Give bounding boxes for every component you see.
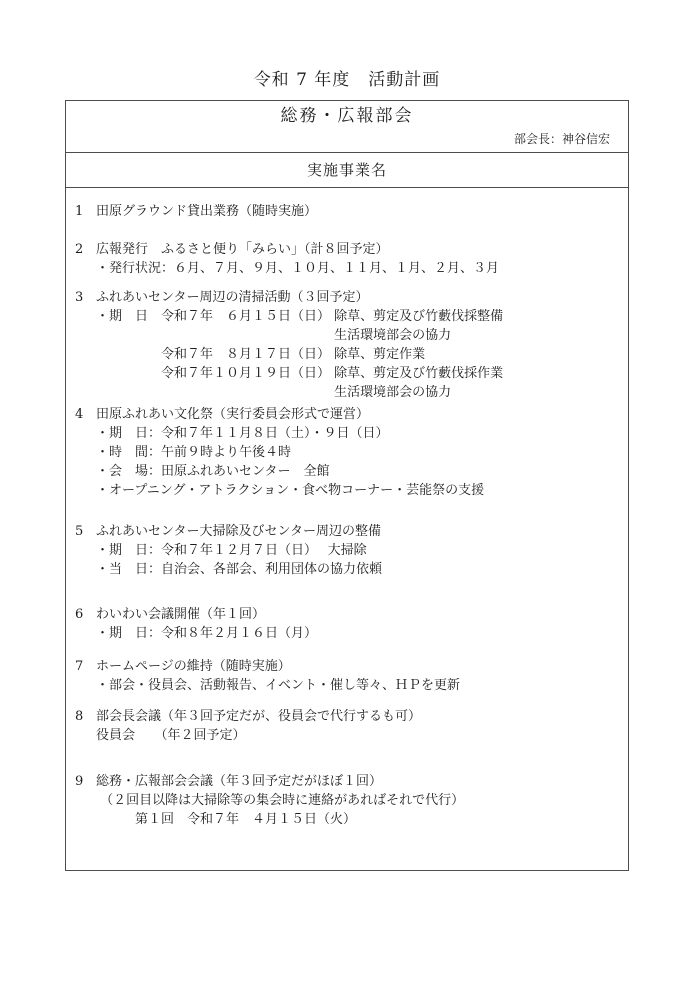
item-line: ・会 場：田原ふれあいセンター 全館 [96, 462, 628, 481]
item-line: ・期 日 令和７年 ６月１５日（日） 除草、剪定及び竹藪伐採整備 [96, 307, 628, 326]
item-lines: 部会長会議（年３回予定だが、役員会で代行するも可）役員会 （年２回予定） [96, 707, 628, 745]
item-lines: わいわい会議開催（年１回）・期 日：令和８年２月１６日（月） [96, 605, 628, 643]
list-item: 5ふれあいセンター大掃除及びセンター周辺の整備・期 日：令和７年１２月７日（日）… [66, 522, 628, 579]
item-line: 役員会 （年２回予定） [96, 726, 628, 745]
item-number: 7 [66, 657, 96, 676]
item-line: 部会長会議（年３回予定だが、役員会で代行するも可） [96, 707, 628, 726]
item-line: 生活環境部会の協力 [96, 326, 628, 345]
item-number: 5 [66, 522, 96, 541]
item-line: ・当 日：自治会、各部会、利用団体の協力依頼 [96, 560, 628, 579]
item-line: ふれあいセンター周辺の清掃活動（３回予定） [96, 288, 628, 307]
list-item: 8部会長会議（年３回予定だが、役員会で代行するも可）役員会 （年２回予定） [66, 707, 628, 745]
list-item: 4田原ふれあい文化祭（実行委員会形式で運営）・期 日：令和７年１１月８日（土）・… [66, 405, 628, 500]
page-title: 令和 7 年度 活動計画 [0, 0, 694, 90]
activity-plan-table: 総務・広報部会 部会長：神谷信宏 実施事業名 1田原グラウンド貸出業務（随時実施… [65, 100, 629, 871]
committee-chair-label: 部会長：神谷信宏 [84, 132, 610, 147]
item-line: ホームページの維持（随時実施） [96, 657, 628, 676]
document-page: 令和 7 年度 活動計画 総務・広報部会 部会長：神谷信宏 実施事業名 1田原グ… [0, 0, 694, 982]
item-line: ・期 日：令和８年２月１６日（月） [96, 624, 628, 643]
list-item: 3ふれあいセンター周辺の清掃活動（３回予定）・期 日 令和７年 ６月１５日（日）… [66, 288, 628, 402]
item-number: 9 [66, 772, 96, 791]
list-item: 9総務・広報部会会議（年３回予定だがほぼ１回） （２回目以降は大掃除等の集会時に… [66, 772, 628, 829]
item-line: 第１回 令和７年 ４月１５日（火） [96, 810, 628, 829]
item-lines: ふれあいセンター周辺の清掃活動（３回予定）・期 日 令和７年 ６月１５日（日） … [96, 288, 628, 402]
item-line: 田原ふれあい文化祭（実行委員会形式で運営） [96, 405, 628, 424]
item-number: 6 [66, 605, 96, 624]
item-line: 生活環境部会の協力 [96, 383, 628, 402]
item-lines: 田原ふれあい文化祭（実行委員会形式で運営）・期 日：令和７年１１月８日（土）・９… [96, 405, 628, 500]
item-line: ふれあいセンター大掃除及びセンター周辺の整備 [96, 522, 628, 541]
item-line: 令和７年１０月１９日（日） 除草、剪定及び竹藪伐採作業 [96, 364, 628, 383]
item-number: 3 [66, 288, 96, 307]
item-line: ・発行状況：６月、７月、９月、１０月、１１月、１月、２月、３月 [96, 259, 628, 278]
item-line: ・時 間：午前９時より午後４時 [96, 443, 628, 462]
item-line: ・オープニング・アトラクション・食べ物コーナー・芸能祭の支援 [96, 481, 628, 500]
item-lines: 総務・広報部会会議（年３回予定だがほぼ１回） （２回目以降は大掃除等の集会時に連… [96, 772, 628, 829]
list-item: 7ホームページの維持（随時実施）・部会・役員会、活動報告、イベント・催し等々、Ｈ… [66, 657, 628, 695]
section-header-label: 実施事業名 [307, 161, 387, 179]
item-lines: ふれあいセンター大掃除及びセンター周辺の整備・期 日：令和７年１２月７日（日） … [96, 522, 628, 579]
items-list: 1田原グラウンド貸出業務（随時実施）2広報発行 ふるさと便り「みらい」（計８回予… [66, 188, 628, 870]
item-number: 8 [66, 707, 96, 726]
list-item: 1田原グラウンド貸出業務（随時実施） [66, 202, 628, 221]
item-line: ・期 日：令和７年１１月８日（土）・９日（日） [96, 424, 628, 443]
list-item: 6わいわい会議開催（年１回）・期 日：令和８年２月１６日（月） [66, 605, 628, 643]
item-line: 広報発行 ふるさと便り「みらい」（計８回予定） [96, 240, 628, 259]
item-lines: ホームページの維持（随時実施）・部会・役員会、活動報告、イベント・催し等々、ＨＰ… [96, 657, 628, 695]
item-line: わいわい会議開催（年１回） [96, 605, 628, 624]
item-number: 4 [66, 405, 96, 424]
list-item: 2広報発行 ふるさと便り「みらい」（計８回予定）・発行状況：６月、７月、９月、１… [66, 240, 628, 278]
item-line: （２回目以降は大掃除等の集会時に連絡があればそれで代行） [96, 791, 628, 810]
item-line: ・部会・役員会、活動報告、イベント・催し等々、ＨＰを更新 [96, 676, 628, 695]
item-line: ・期 日：令和７年１２月７日（日） 大掃除 [96, 541, 628, 560]
committee-header-cell: 総務・広報部会 部会長：神谷信宏 [66, 101, 628, 153]
item-line: 令和７年 ８月１７日（日） 除草、剪定作業 [96, 345, 628, 364]
item-lines: 田原グラウンド貸出業務（随時実施） [96, 202, 628, 221]
item-line: 総務・広報部会会議（年３回予定だがほぼ１回） [96, 772, 628, 791]
item-number: 2 [66, 240, 96, 259]
item-line: 田原グラウンド貸出業務（随時実施） [96, 202, 628, 221]
item-number: 1 [66, 202, 96, 221]
item-lines: 広報発行 ふるさと便り「みらい」（計８回予定）・発行状況：６月、７月、９月、１０… [96, 240, 628, 278]
committee-name: 総務・広報部会 [84, 105, 610, 127]
section-header-cell: 実施事業名 [66, 153, 628, 188]
